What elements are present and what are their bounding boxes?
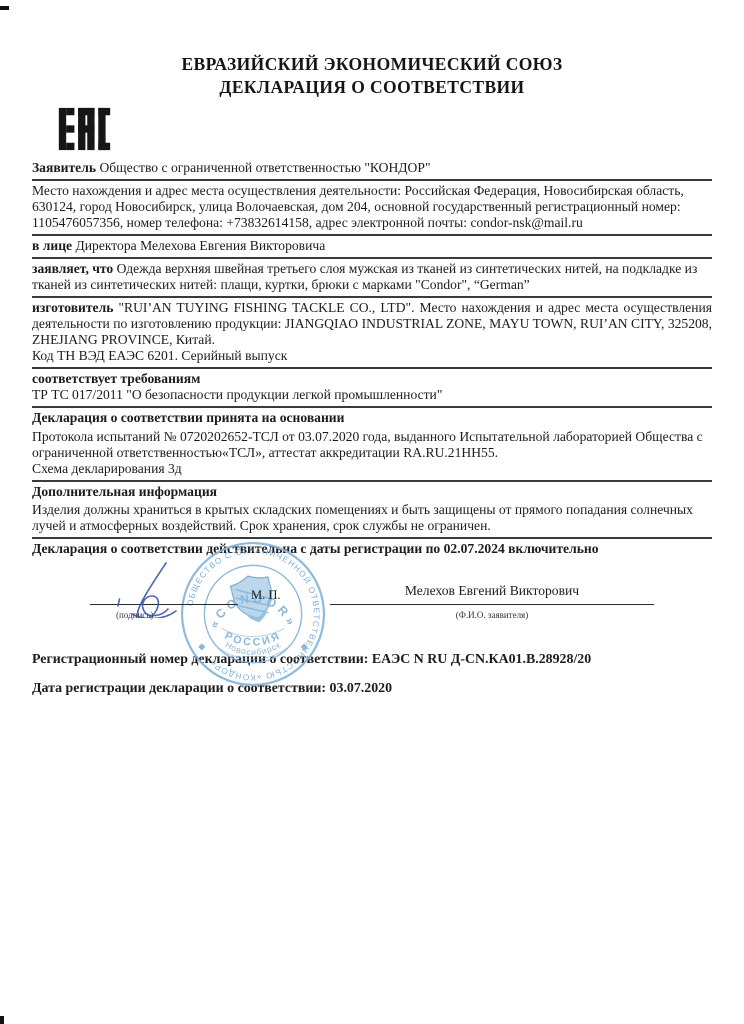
- declaration-scheme: Схема декларирования 3д: [32, 461, 712, 477]
- representative-row: в лице Директора Мелехова Евгения Виктор…: [32, 236, 712, 259]
- registration-date-value: 03.07.2020: [330, 681, 393, 696]
- document-title: ДЕКЛАРАЦИЯ О СООТВЕТСТВИИ: [0, 76, 744, 99]
- registration-date-row: Дата регистрации декларации о соответств…: [32, 681, 712, 697]
- signature-block: ОБЩЕСТВО С ОГРАНИЧЕННОЙ ОТВЕТСТВЕННОСТЬЮ…: [32, 560, 712, 632]
- validity-row: Декларация о соответствии действительна …: [32, 539, 712, 560]
- scan-artifact-top-left: [0, 6, 9, 10]
- document-body: Заявитель Общество с ограниченной ответс…: [32, 158, 712, 697]
- declares-value: Одежда верхняя швейная третьего слоя муж…: [32, 261, 697, 292]
- address-text: Место нахождения и адрес места осуществл…: [32, 183, 684, 230]
- test-protocol: Протокола испытаний № 0720202652-ТСЛ от …: [32, 429, 712, 461]
- applicant-value: Общество с ограниченной ответственностью…: [99, 160, 430, 175]
- manufacturer-paragraph: изготовитель "RUI’AN TUYING FISHING TACK…: [32, 300, 712, 348]
- registration-number-value: ЕАЭС N RU Д-CN.КА01.В.28928/20: [372, 652, 591, 667]
- applicant-address: Место нахождения и адрес места осуществл…: [32, 181, 712, 236]
- applicant-label: Заявитель: [32, 160, 96, 175]
- handwritten-signature-icon: [104, 560, 216, 618]
- compliance-heading: соответствует требованиям: [32, 371, 712, 387]
- basis-heading: Декларация о соответствии принята на осн…: [32, 410, 712, 426]
- representative-value: Директора Мелехова Евгения Викторовича: [75, 238, 325, 253]
- storage-conditions: Изделия должны храниться в крытых складс…: [32, 502, 712, 534]
- fullname-caption: (Ф.И.О. заявителя): [330, 607, 654, 623]
- eac-mark-icon: [57, 106, 112, 152]
- union-title: ЕВРАЗИЙСКИЙ ЭКОНОМИЧЕСКИЙ СОЮЗ: [0, 53, 744, 76]
- compliance-section: соответствует требованиям ТР ТС 017/2011…: [32, 369, 712, 408]
- manufacturer-label: изготовитель: [32, 300, 113, 315]
- manufacturer-section: изготовитель "RUI’AN TUYING FISHING TACK…: [32, 298, 712, 369]
- regulation-reference: ТР ТС 017/2011 "О безопасности продукции…: [32, 387, 712, 403]
- registration-number-row: Регистрационный номер декларации о соотв…: [32, 652, 712, 668]
- fullname-line: [330, 604, 654, 605]
- stamp-place-label: М. П.: [251, 587, 281, 603]
- declaration-document: ЕВРАЗИЙСКИЙ ЭКОНОМИЧЕСКИЙ СОЮЗ ДЕКЛАРАЦИ…: [0, 0, 744, 1024]
- additional-info-section: Дополнительная информация Изделия должны…: [32, 482, 712, 539]
- scan-artifact-bottom-left: [0, 1016, 4, 1024]
- applicant-fullname: Мелехов Евгений Викторович: [330, 583, 654, 599]
- document-header: ЕВРАЗИЙСКИЙ ЭКОНОМИЧЕСКИЙ СОЮЗ ДЕКЛАРАЦИ…: [0, 53, 744, 99]
- tnved-code-line: Код ТН ВЭД ЕАЭС 6201. Серийный выпуск: [32, 348, 712, 364]
- declares-label: заявляет, что: [32, 261, 113, 276]
- basis-section: Декларация о соответствии принята на осн…: [32, 408, 712, 482]
- representative-label: в лице: [32, 238, 72, 253]
- applicant-row: Заявитель Общество с ограниченной ответс…: [32, 158, 712, 181]
- declaration-subject: заявляет, что Одежда верхняя швейная тре…: [32, 259, 712, 298]
- additional-info-heading: Дополнительная информация: [32, 484, 712, 500]
- manufacturer-value: "RUI’AN TUYING FISHING TACKLE CO., LTD".…: [32, 300, 712, 347]
